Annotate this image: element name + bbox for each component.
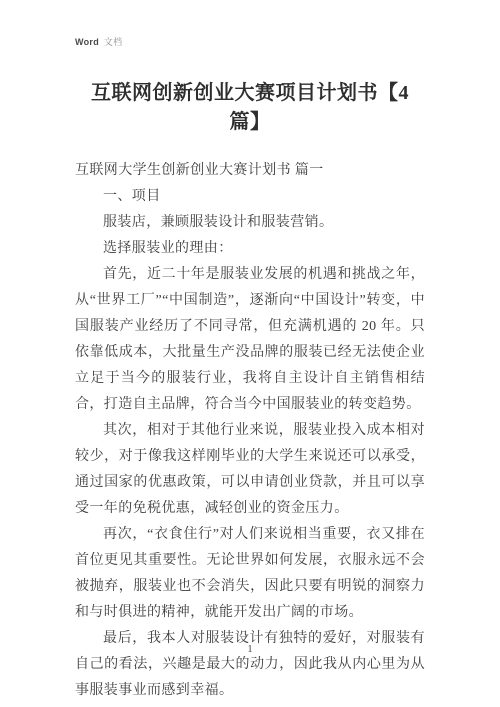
paragraph: 一、项目 — [75, 184, 425, 210]
paragraph: 其次，相对于其他行业来说，服装业投入成本相对较少，对于像我这样刚毕业的大学生来说… — [75, 418, 425, 522]
document-body: 互联网大学生创新创业大赛计划书 篇一一、项目服装店，兼顾服装设计和服装营销。选择… — [75, 158, 425, 704]
document-content: 互联网创新创业大赛项目计划书【4 篇】 互联网大学生创新创业大赛计划书 篇一一、… — [75, 79, 425, 704]
paragraph: 服装店，兼顾服装设计和服装营销。 — [75, 210, 425, 236]
paragraph: 最后，我本人对服装设计有独特的爱好，对服装有自己的看法，兴趣是最大的动力，因此我… — [75, 626, 425, 704]
paragraph: 互联网大学生创新创业大赛计划书 篇一 — [75, 158, 425, 184]
page-number: 1 — [0, 643, 500, 655]
word-brand-doc-label: 文档 — [104, 37, 123, 47]
paragraph: 选择服装业的理由： — [75, 236, 425, 262]
paragraph: 首先，近二十年是服装业发展的机遇和挑战之年，从“世界工厂”“中国制造”，逐渐向“… — [75, 262, 425, 418]
document-title: 互联网创新创业大赛项目计划书【4 篇】 — [75, 79, 425, 137]
word-brand-name: Word — [75, 37, 99, 47]
word-brand: Word 文档 — [75, 35, 122, 48]
document-page: Word 文档 互联网创新创业大赛项目计划书【4 篇】 互联网大学生创新创业大赛… — [0, 0, 500, 707]
paragraph: 再次，“衣食住行”对人们来说相当重要，衣又排在首位更见其重要性。无论世界如何发展… — [75, 522, 425, 626]
